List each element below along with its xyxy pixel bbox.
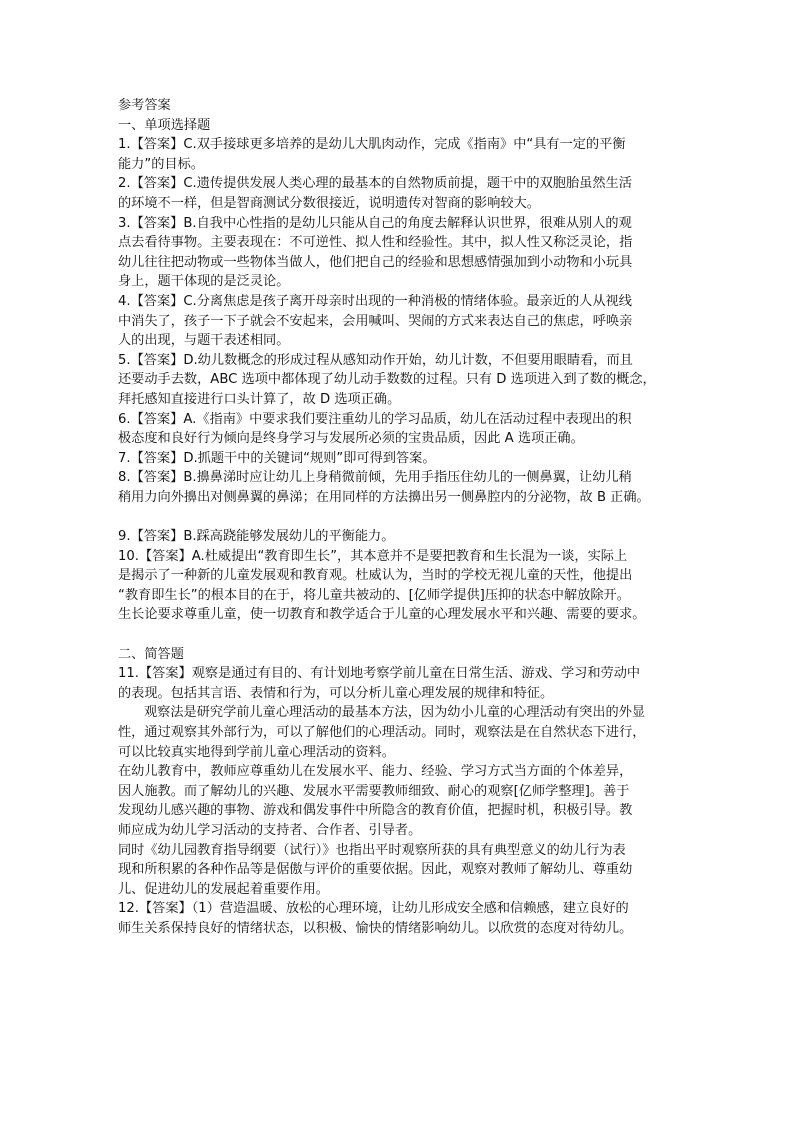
answer-line: 师应成为幼儿学习活动的支持者、合作者、引导者。 — [118, 821, 698, 841]
answer-line: 观察法是研究学前儿童心理活动的最基本方法，因为幼小儿童的心理活动有突出的外显 — [118, 703, 698, 723]
answer-line: 稍用力向外擤出对侧鼻翼的鼻涕；在用同样的方法擤出另一侧鼻腔内的分泌物，故 B 正… — [118, 488, 698, 508]
answer-line: 师生关系保持良好的情绪状态，以积极、愉快的情绪影响幼儿。以欣赏的态度对待幼儿。 — [118, 919, 698, 939]
answer-12: 12.【答案】（1）营造温暖、放松的心理环境，让幼儿形成安全感和信赖感，建立良好… — [118, 899, 698, 938]
answer-4: 4.【答案】C.分离焦虑是孩子离开母亲时出现的一种消极的情绪体验。最亲近的人从视… — [118, 292, 698, 351]
answer-line: 生长论要求尊重儿童，使一切教育和教学适合于儿童的心理发展水平和兴趣、需要的要求。 — [118, 605, 698, 625]
answer-line: 拜托感知直接进行口头计算了，故 D 选项正确。 — [118, 390, 698, 410]
answer-line: 能力”的目标。 — [118, 155, 698, 175]
answer-line: 可以比较真实地得到学前儿童心理活动的资料。 — [118, 743, 698, 763]
answer-line: 现和所积累的各种作品等是倨傲与评价的重要依据。因此，观察对教师了解幼儿、尊重幼 — [118, 860, 698, 880]
answer-line: 儿、促进幼儿的发展起着重要作用。 — [118, 880, 698, 900]
answer-8: 8.【答案】B.擤鼻涕时应让幼儿上身稍微前倾，先用手指压住幼儿的一侧鼻翼，让幼儿… — [118, 468, 698, 527]
answer-1: 1.【答案】C.双手接球更多培养的是幼儿大肌肉动作，完成《指南》中“具有一定的平… — [118, 135, 698, 174]
answer-line: 4.【答案】C.分离焦虑是孩子离开母亲时出现的一种消极的情绪体验。最亲近的人从视… — [118, 292, 698, 312]
answer-line: 身上，题干体现的是泛灵论。 — [118, 272, 698, 292]
answer-line: 8.【答案】B.擤鼻涕时应让幼儿上身稍微前倾，先用手指压住幼儿的一侧鼻翼，让幼儿… — [118, 468, 698, 488]
answer-line: 5.【答案】D.幼儿数概念的形成过程从感知动作开始，幼儿计数，不但要用眼睛看，而… — [118, 351, 698, 371]
answer-line: 极态度和良好行为倾向是终身学习与发展所必须的宝贵品质，因此 A 选项正确。 — [118, 429, 698, 449]
answer-line: 6.【答案】A.《指南》中要求我们要注重幼儿的学习品质，幼儿在活动过程中表现出的… — [118, 410, 698, 430]
answer-7: 7.【答案】D.抓题干中的关键词“规则”即可得到答案。 — [118, 449, 698, 469]
answer-3: 3.【答案】B.自我中心性指的是幼儿只能从自己的角度去解释认识世界，很难从别人的… — [118, 214, 698, 292]
answer-line: 点去看待事物。主要表现在：不可逆性、拟人性和经验性。其中，拟人性又称泛灵论，指 — [118, 233, 698, 253]
answer-document: 参考答案 一、单项选择题 1.【答案】C.双手接球更多培养的是幼儿大肌肉动作，完… — [118, 96, 698, 939]
answer-line: 的环境不一样，但是智商测试分数很接近，说明遗传对智商的影响较大。 — [118, 194, 698, 214]
answer-5: 5.【答案】D.幼儿数概念的形成过程从感知动作开始，幼儿计数，不但要用眼睛看，而… — [118, 351, 698, 410]
answer-line: 还要动手去数，ABC 选项中都体现了幼儿动手数数的过程。只有 D 选项进入到了数… — [118, 370, 698, 390]
answer-10: 10.【答案】A.杜威提出“教育即生长”，其本意并不是要把教育和生长混为一谈，实… — [118, 547, 698, 645]
answer-line: 在幼儿教育中，教师应尊重幼儿在发展水平、能力、经验、学习方式当方面的个体差异， — [118, 762, 698, 782]
blank-line — [118, 507, 698, 527]
answer-line: 人的出现，与题干表述相同。 — [118, 331, 698, 351]
answer-line: 2.【答案】C.遗传提供发展人类心理的最基本的自然物质前提，题干中的双胞胎虽然生… — [118, 174, 698, 194]
section-heading-single-choice: 一、单项选择题 — [118, 116, 698, 136]
answer-line: 性，通过观察其外部行为，可以了解他们的心理活动。同时，观察法是在自然状态下进行， — [118, 723, 698, 743]
answer-line: 的表现。包括其言语、表情和行为，可以分析儿童心理发展的规律和特征。 — [118, 684, 698, 704]
answer-11-paragraph-education: 在幼儿教育中，教师应尊重幼儿在发展水平、能力、经验、学习方式当方面的个体差异， … — [118, 762, 698, 840]
document-title: 参考答案 — [118, 96, 698, 116]
answer-11: 11.【答案】观察是通过有目的、有计划地考察学前儿童在日常生活、游戏、学习和劳动… — [118, 664, 698, 703]
answer-line: 7.【答案】D.抓题干中的关键词“规则”即可得到答案。 — [118, 449, 698, 469]
answer-line: 同时《幼儿园教育指导纲要（试行）》也指出平时观察所获的具有典型意义的幼儿行为表 — [118, 841, 698, 861]
answer-line: 中消失了，孩子一下子就会不安起来，会用喊叫、哭闹的方式来表达自己的焦虑，呼唤亲 — [118, 312, 698, 332]
answer-line: 3.【答案】B.自我中心性指的是幼儿只能从自己的角度去解释认识世界，很难从别人的… — [118, 214, 698, 234]
section-heading-short-answer: 二、简答题 — [118, 645, 698, 665]
answer-line: 11.【答案】观察是通过有目的、有计划地考察学前儿童在日常生活、游戏、学习和劳动… — [118, 664, 698, 684]
answer-line: 因人施教。而了解幼儿的兴趣、发展水平需要教师细致、耐心的观察[亿师学整理]。善于 — [118, 782, 698, 802]
answer-line: “教育即生长”的根本目的在于，将儿童共被动的、[亿师学提供]压抑的状态中解放除开… — [118, 586, 698, 606]
answer-9: 9.【答案】B.踩高跷能够发展幼儿的平衡能力。 — [118, 527, 698, 547]
blank-line — [118, 625, 698, 645]
answer-2: 2.【答案】C.遗传提供发展人类心理的最基本的自然物质前提，题干中的双胞胎虽然生… — [118, 174, 698, 213]
answer-11-paragraph-guideline: 同时《幼儿园教育指导纲要（试行）》也指出平时观察所获的具有典型意义的幼儿行为表 … — [118, 841, 698, 900]
answer-line: 是揭示了一种新的儿童发展观和教育观。杜威认为，当时的学校无视儿童的天性，他提出 — [118, 566, 698, 586]
answer-11-paragraph-observation-method: 观察法是研究学前儿童心理活动的最基本方法，因为幼小儿童的心理活动有突出的外显 性… — [118, 703, 698, 762]
answer-line: 12.【答案】（1）营造温暖、放松的心理环境，让幼儿形成安全感和信赖感，建立良好… — [118, 899, 698, 919]
answer-line: 1.【答案】C.双手接球更多培养的是幼儿大肌肉动作，完成《指南》中“具有一定的平… — [118, 135, 698, 155]
answer-line: 10.【答案】A.杜威提出“教育即生长”，其本意并不是要把教育和生长混为一谈，实… — [118, 547, 698, 567]
answer-line: 幼儿往往把动物或一些物体当做人，他们把自己的经验和思想感情强加到小动物和小玩具 — [118, 253, 698, 273]
answer-line: 发现幼儿感兴趣的事物、游戏和偶发事件中所隐含的教育价值，把握时机，积极引导。教 — [118, 801, 698, 821]
answer-line: 9.【答案】B.踩高跷能够发展幼儿的平衡能力。 — [118, 527, 698, 547]
answer-6: 6.【答案】A.《指南》中要求我们要注重幼儿的学习品质，幼儿在活动过程中表现出的… — [118, 410, 698, 449]
